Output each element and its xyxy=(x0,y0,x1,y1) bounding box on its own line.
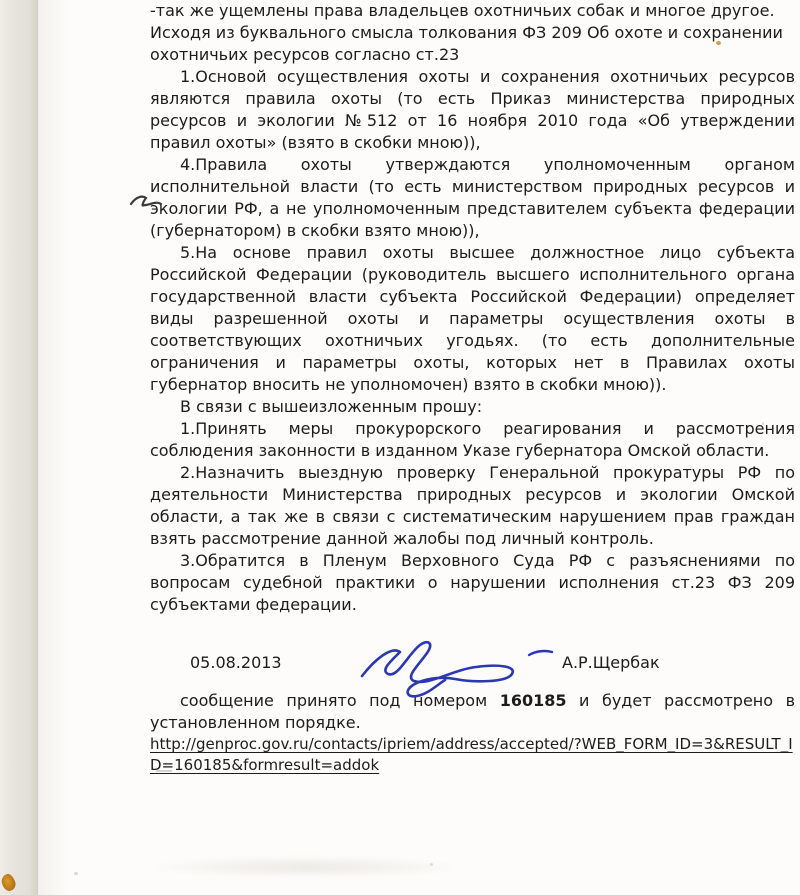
request-1: 1.Принять меры прокурорского реагировани… xyxy=(150,418,795,462)
point-4: 4.Правила охоты утверждаются уполномочен… xyxy=(150,154,795,242)
request-2: 2.Назначить выездную проверку Генерально… xyxy=(150,462,795,550)
scan-page-edge xyxy=(0,0,38,895)
scan-speck xyxy=(700,182,702,184)
pen-mark xyxy=(128,192,172,212)
request-3: 3.Обратится в Пленум Верховного Суда РФ … xyxy=(150,550,795,616)
signature-name: А.Р.Щербак xyxy=(562,652,660,674)
document-date: 05.08.2013 xyxy=(190,652,282,674)
scan-page-edge-fade xyxy=(38,0,68,895)
point-5: 5.На основе правил охоты высшее должност… xyxy=(150,242,795,396)
scan-speck xyxy=(247,300,249,302)
ink-speck xyxy=(716,41,721,45)
confirmation-url: http://genproc.gov.ru/contacts/ipriem/ad… xyxy=(150,734,795,776)
scan-speck xyxy=(762,422,764,425)
intro-line: -так же ущемлены права владельцев охотни… xyxy=(150,0,795,22)
signature-row: 05.08.2013 А.Р.Щербак xyxy=(150,634,795,690)
scan-speck xyxy=(74,872,78,875)
signature-scrawl xyxy=(348,624,558,702)
scan-dash-artifact xyxy=(156,770,172,772)
point-1: 1.Основой осуществления охоты и сохранен… xyxy=(150,66,795,154)
document-content: -так же ущемлены права владельцев охотни… xyxy=(150,0,795,776)
scanned-document-page: -так же ущемлены права владельцев охотни… xyxy=(0,0,800,895)
request-intro: В связи с вышеизложенным прошу: xyxy=(150,396,795,418)
scan-smudge xyxy=(140,856,470,878)
scan-speck xyxy=(430,863,433,866)
basis-paragraph: Исходя из буквального смысла толкования … xyxy=(150,22,795,66)
